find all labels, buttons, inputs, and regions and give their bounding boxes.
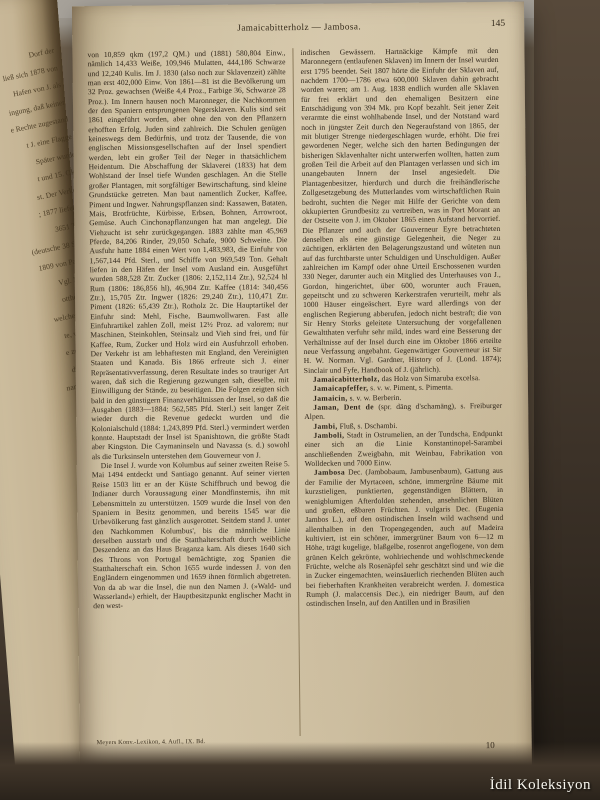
- page-header: Jamaicabitterholz — Jambosa. 145: [87, 20, 511, 50]
- article-paragraph: Die Insel J. wurde von Kolumbus auf sein…: [92, 459, 292, 611]
- entry-term: Jaman, Dent de: [313, 402, 374, 412]
- page-content: Jamaicabitterholz — Jambosa. 145 von 10,…: [72, 2, 532, 755]
- entry-text: s. v. w. Piment, s. Pimenta.: [368, 383, 453, 393]
- entry-text: Fluß, s. Dschambi.: [338, 421, 398, 431]
- dictionary-entry: Jamboli, Stadt in Ostrumelien, an der Tu…: [304, 429, 502, 468]
- book-photo: Dorf der ließ sich 1878 von Hafen von J.…: [0, 0, 600, 800]
- page-number: 145: [491, 19, 505, 29]
- entry-term: Jambosa: [314, 468, 345, 477]
- running-title: Jamaicabitterholz — Jambosa.: [87, 20, 511, 34]
- seller-watermark: İdil Koleksiyon: [490, 777, 591, 794]
- text-columns: von 10,859 qkm (197,2 QM.) und (1881) 58…: [87, 46, 518, 738]
- entry-text: Dec. (Jambobaum, Jambusenbaum), Gattung …: [305, 466, 504, 608]
- entry-term: Jamaicabitterholz,: [313, 374, 380, 384]
- entry-term: Jambi,: [313, 421, 337, 430]
- article-paragraph: von 10,859 qkm (197,2 QM.) und (1881) 58…: [87, 48, 289, 461]
- entry-term: Jamboli,: [313, 431, 344, 440]
- right-column: indischen Gewässern. Hartnäckige Kämpfe …: [292, 46, 505, 736]
- entry-term: Jamaicapfeffer,: [313, 384, 368, 394]
- article-continuation: indischen Gewässern. Hartnäckige Kämpfe …: [300, 46, 501, 375]
- entry-text: s. v. w. Berberin.: [348, 393, 402, 403]
- lexicon-page: Jamaicabitterholz — Jambosa. 145 von 10,…: [72, 2, 532, 782]
- dictionary-entry: Jambosa Dec. (Jambobaum, Jambusenbaum), …: [305, 466, 504, 608]
- backdrop-right: [534, 0, 600, 800]
- entry-term: Jamaicin,: [313, 393, 348, 402]
- dictionary-entry: Jaman, Dent de (spr. dāng d'schamāng), s…: [304, 401, 502, 422]
- entry-text: das Holz von Simaruba excelsa.: [380, 373, 480, 383]
- left-column: von 10,859 qkm (197,2 QM.) und (1881) 58…: [87, 48, 299, 738]
